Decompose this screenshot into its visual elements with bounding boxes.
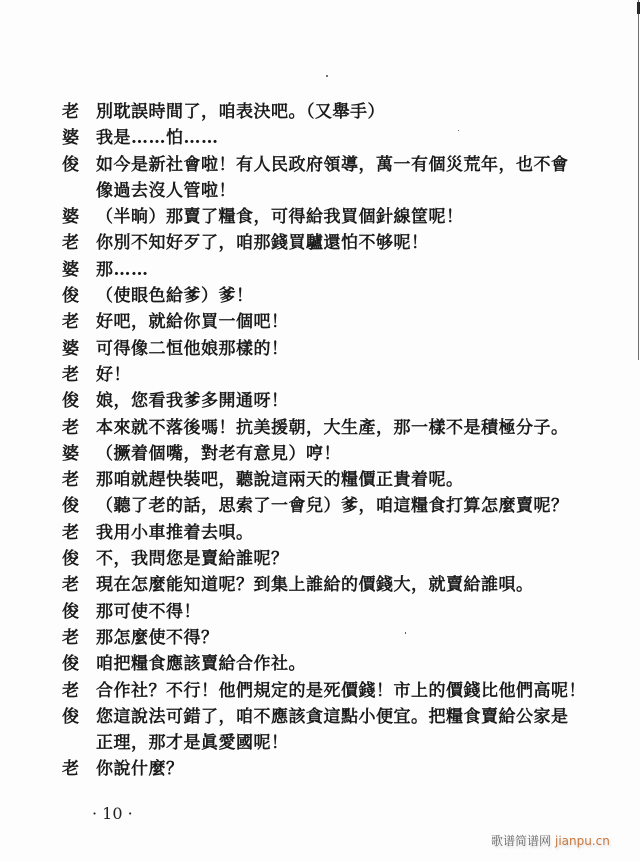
- speaker-label: 老: [62, 230, 96, 256]
- speaker-label: 俊: [62, 388, 96, 414]
- speech-text: 那咱就趕快裝吧，聽說這兩天的糧價正貴着呢。: [96, 467, 582, 493]
- ink-speck: [326, 75, 328, 77]
- speaker-label: 俊: [62, 651, 96, 677]
- watermark-site: jianpu.cn: [555, 834, 610, 848]
- speech-text: 你別不知好歹了，咱那錢買驢還怕不够呢！: [96, 230, 582, 256]
- speech-text: 別耽誤時間了，咱表決吧。（又舉手）: [96, 99, 582, 125]
- speech-text: 您這說法可錯了，咱不應該貪這點小便宜。把糧食賣給公家是 正理，那才是眞愛國呢！: [96, 704, 582, 757]
- speaker-label: 俊: [62, 546, 96, 572]
- speech-text: 可得像二恒他娘那樣的！: [96, 336, 582, 362]
- speaker-label: 老: [62, 520, 96, 546]
- speaker-label: 俊: [62, 152, 96, 178]
- speech-text: 現在怎麼能知道呢？到集上誰給的價錢大，就賣給誰唄。: [96, 572, 582, 598]
- speaker-label: 老: [62, 572, 96, 598]
- speech-text: （聽了老的話，思索了一會兒）爹，咱這糧食打算怎麼賣呢？: [96, 493, 582, 519]
- dialogue-line: 老 你別不知好歹了，咱那錢買驢還怕不够呢！: [62, 230, 582, 256]
- watermark-label: 歌谱简谱网: [491, 834, 551, 848]
- speech-text: （半晌）那賣了糧食，可得給我買個針線筐呢！: [96, 204, 582, 230]
- speech-text-line: 像過去沒人管啦！: [96, 178, 582, 204]
- speech-text: 娘，您看我爹多開通呀！: [96, 388, 582, 414]
- dialogue-line: 婆 那……: [62, 257, 582, 283]
- speech-text: 不，我問您是賣給誰呢？: [96, 546, 582, 572]
- dialogue-line: 老 那怎麼使不得？: [62, 625, 582, 651]
- speech-text: 我是……怕……: [96, 125, 582, 151]
- speaker-label: 老: [62, 309, 96, 335]
- speech-text: 如今是新社會啦！有人民政府領導，萬一有個災荒年，也不會 像過去沒人管啦！: [96, 152, 582, 205]
- dialogue-line: 老 好！: [62, 362, 582, 388]
- dialogue-line: 老 別耽誤時間了，咱表決吧。（又舉手）: [62, 99, 582, 125]
- dialogue-line: 老 好吧，就給你買一個吧！: [62, 309, 582, 335]
- speech-text: 你說什麼？: [96, 756, 582, 782]
- speaker-label: 老: [62, 625, 96, 651]
- dialogue-line: 婆 （撅着個嘴，對老有意見）哼！: [62, 441, 582, 467]
- speech-text: 合作社？不行！他們規定的是死價錢！市上的價錢比他們高呢！: [96, 678, 586, 704]
- speech-text: 好吧，就給你買一個吧！: [96, 309, 582, 335]
- speech-text-line: 您這說法可錯了，咱不應該貪這點小便宜。把糧食賣給公家是: [96, 704, 582, 730]
- speaker-label: 老: [62, 415, 96, 441]
- speaker-label: 老: [62, 362, 96, 388]
- page-edge-line: [638, 0, 639, 360]
- dialogue-line: 老 合作社？不行！他們規定的是死價錢！市上的價錢比他們高呢！: [62, 678, 582, 704]
- dialogue-line: 老 我用小車推着去唄。: [62, 520, 582, 546]
- speaker-label: 婆: [62, 336, 96, 362]
- speaker-label: 婆: [62, 441, 96, 467]
- dialogue-line: 老 現在怎麼能知道呢？到集上誰給的價錢大，就賣給誰唄。: [62, 572, 582, 598]
- dialogue-line: 俊 娘，您看我爹多開通呀！: [62, 388, 582, 414]
- dialogue-line: 俊 如今是新社會啦！有人民政府領導，萬一有個災荒年，也不會 像過去沒人管啦！: [62, 152, 582, 205]
- dialogue-line: 老 本來就不落後嗎！抗美援朝，大生產，那一樣不是積極分子。: [62, 415, 582, 441]
- speech-text: 那可使不得！: [96, 599, 582, 625]
- dialogue-line: 婆 （半晌）那賣了糧食，可得給我買個針線筐呢！: [62, 204, 582, 230]
- speaker-label: 老: [62, 99, 96, 125]
- speaker-label: 婆: [62, 125, 96, 151]
- dialogue-line: 俊 咱把糧食應該賣給合作社。: [62, 651, 582, 677]
- speaker-label: 婆: [62, 257, 96, 283]
- speaker-label: 俊: [62, 704, 96, 730]
- speech-text: 咱把糧食應該賣給合作社。: [96, 651, 582, 677]
- speech-text: 我用小車推着去唄。: [96, 520, 582, 546]
- scanned-page: 老 別耽誤時間了，咱表決吧。（又舉手） 婆 我是……怕…… 俊 如今是新社會啦！…: [0, 0, 640, 861]
- dialogue-line: 俊 那可使不得！: [62, 599, 582, 625]
- dialogue-line: 俊 （聽了老的話，思索了一會兒）爹，咱這糧食打算怎麼賣呢？: [62, 493, 582, 519]
- speech-text-line: 正理，那才是眞愛國呢！: [96, 730, 582, 756]
- dialogue-line: 俊 （使眼色給爹）爹！: [62, 283, 582, 309]
- dialogue-line: 老 那咱就趕快裝吧，聽說這兩天的糧價正貴着呢。: [62, 467, 582, 493]
- dialogue-line: 俊 您這說法可錯了，咱不應該貪這點小便宜。把糧食賣給公家是 正理，那才是眞愛國呢…: [62, 704, 582, 757]
- speech-text: 那怎麼使不得？: [96, 625, 582, 651]
- speech-text-line: 如今是新社會啦！有人民政府領導，萬一有個災荒年，也不會: [96, 152, 582, 178]
- speaker-label: 老: [62, 467, 96, 493]
- speaker-label: 老: [62, 678, 96, 704]
- speaker-label: 老: [62, 756, 96, 782]
- dialogue-line: 老 你說什麼？: [62, 756, 582, 782]
- speech-text: （撅着個嘴，對老有意見）哼！: [96, 441, 582, 467]
- watermark: 歌谱简谱网jianpu.cn: [491, 832, 610, 849]
- script-dialogue: 老 別耽誤時間了，咱表決吧。（又舉手） 婆 我是……怕…… 俊 如今是新社會啦！…: [62, 99, 582, 783]
- speech-text: 本來就不落後嗎！抗美援朝，大生產，那一樣不是積極分子。: [96, 415, 582, 441]
- speaker-label: 俊: [62, 283, 96, 309]
- speech-text: （使眼色給爹）爹！: [96, 283, 582, 309]
- speech-text: 好！: [96, 362, 582, 388]
- page-number: · 10 ·: [92, 804, 133, 823]
- dialogue-line: 婆 我是……怕……: [62, 125, 582, 151]
- speaker-label: 俊: [62, 493, 96, 519]
- speaker-label: 俊: [62, 599, 96, 625]
- dialogue-line: 俊 不，我問您是賣給誰呢？: [62, 546, 582, 572]
- speaker-label: 婆: [62, 204, 96, 230]
- speech-text: 那……: [96, 257, 582, 283]
- dialogue-line: 婆 可得像二恒他娘那樣的！: [62, 336, 582, 362]
